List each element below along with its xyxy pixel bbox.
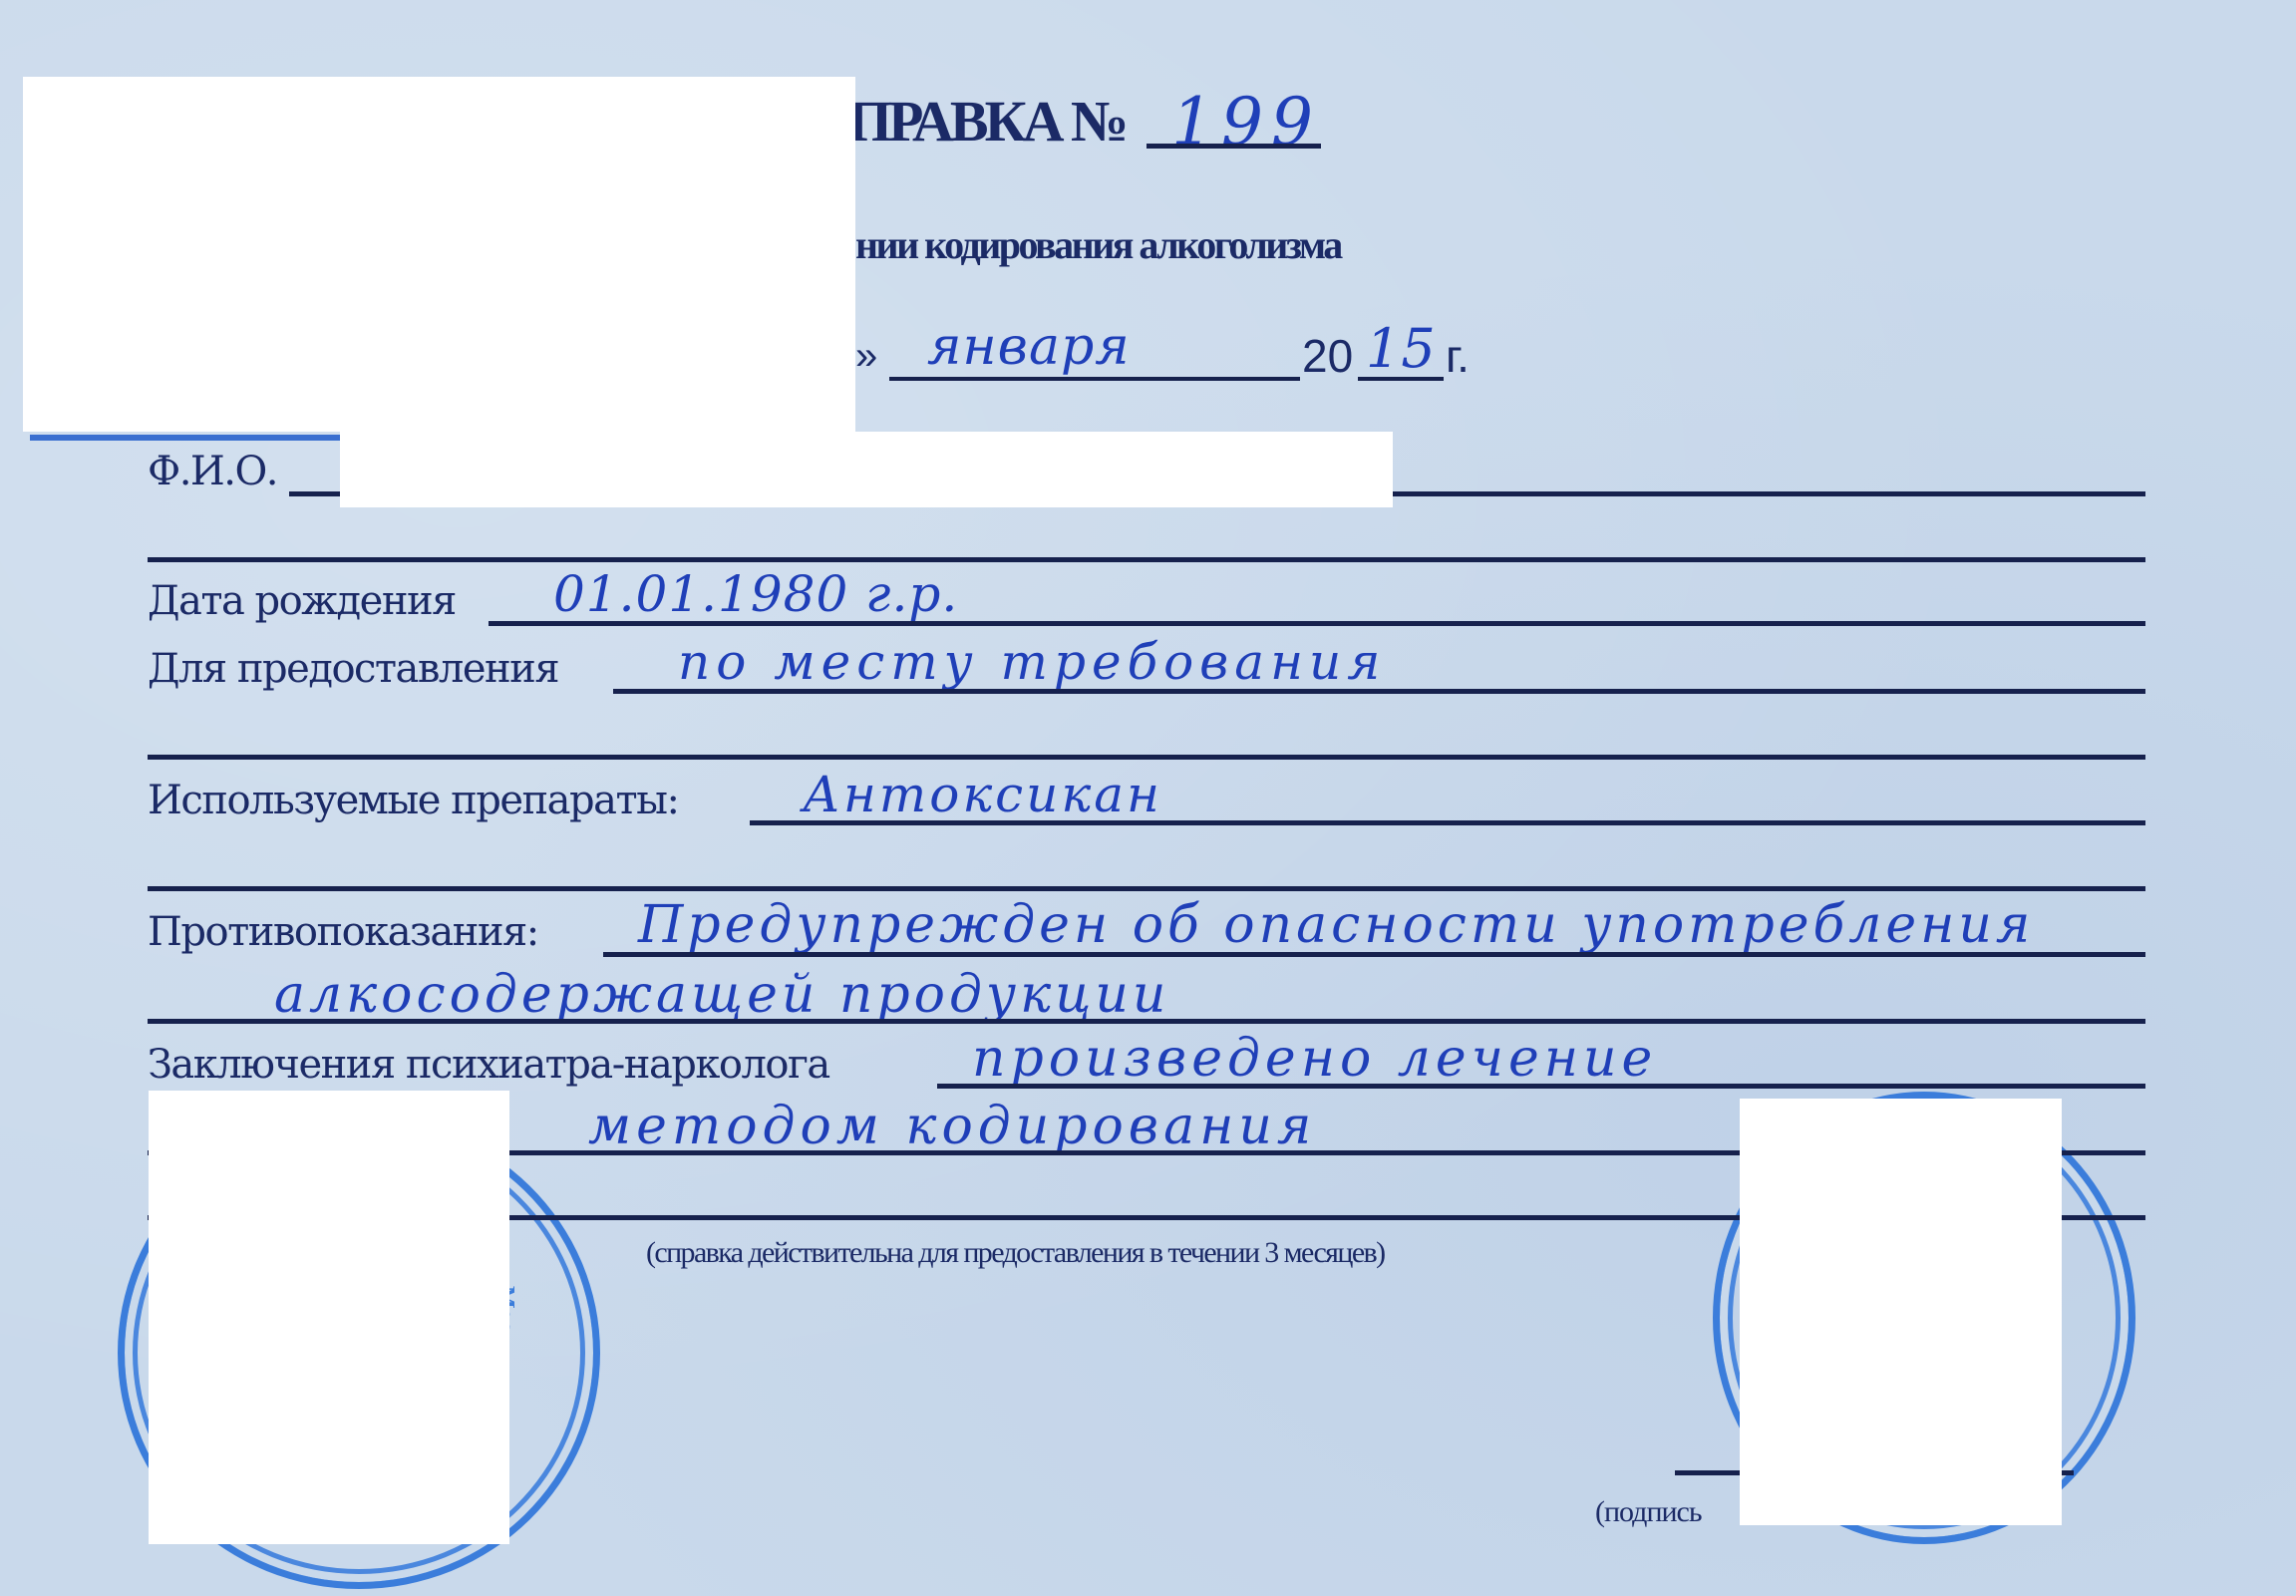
- signature-label: (подпись: [1595, 1495, 1702, 1529]
- contraindications-label: Противопоказания:: [148, 909, 538, 955]
- redaction-fio: [340, 432, 1393, 507]
- date-quote: »: [855, 334, 877, 379]
- conclusion-value-2: методом кодирования: [588, 1097, 1316, 1156]
- conclusion-label: Заключения психиатра-нарколога: [148, 1042, 829, 1088]
- date-month: января: [927, 317, 1131, 377]
- document-subtitle: нии кодирования алкоголизма: [855, 221, 1341, 268]
- birth-date-line: [489, 621, 2145, 626]
- birth-date-label: Дата рождения: [148, 578, 456, 624]
- number-underline: [1147, 144, 1321, 149]
- fio-label: Ф.И.О.: [148, 449, 277, 494]
- provide-to-line: [613, 689, 2145, 694]
- provide-to-line-2: [148, 755, 2145, 760]
- conclusion-line: [937, 1084, 2145, 1089]
- redaction-header-left: [23, 77, 855, 432]
- redaction-stamp-right: [1740, 1099, 2062, 1525]
- conclusion-value-1: произведено лечение: [972, 1029, 1657, 1089]
- date-month-line: [889, 377, 1300, 381]
- contraindications-value-2: алкосодержащей продукции: [274, 965, 1169, 1025]
- drugs-line-2: [148, 886, 2145, 891]
- fio-line-2: [148, 557, 2145, 562]
- date-year-unit: г.: [1446, 329, 1470, 383]
- title-prefix: СПРАВКА №: [810, 89, 1125, 154]
- date-year-suffix: 15: [1366, 317, 1437, 380]
- drugs-label: Используемые препараты:: [148, 778, 678, 823]
- validity-note: (справка действительна для предоставлени…: [646, 1236, 1385, 1270]
- contraindications-line: [603, 952, 2145, 957]
- certificate-number: 199: [1171, 84, 1321, 160]
- date-year-line: [1358, 377, 1444, 381]
- date-year-prefix: 20: [1302, 329, 1353, 383]
- contraindications-value-1: Предупрежден об опасности употребления: [638, 895, 2034, 955]
- drugs-value: Антоксикан: [803, 766, 1162, 823]
- document-title: СПРАВКА №: [810, 88, 1125, 155]
- birth-date-value: 01.01.1980 г.р.: [553, 565, 958, 623]
- redaction-stamp-left: [149, 1091, 509, 1544]
- drugs-line: [750, 820, 2145, 825]
- provide-to-label: Для предоставления: [148, 646, 558, 692]
- contraindications-line-2: [148, 1019, 2145, 1024]
- provide-to-value: по месту требования: [678, 633, 1386, 691]
